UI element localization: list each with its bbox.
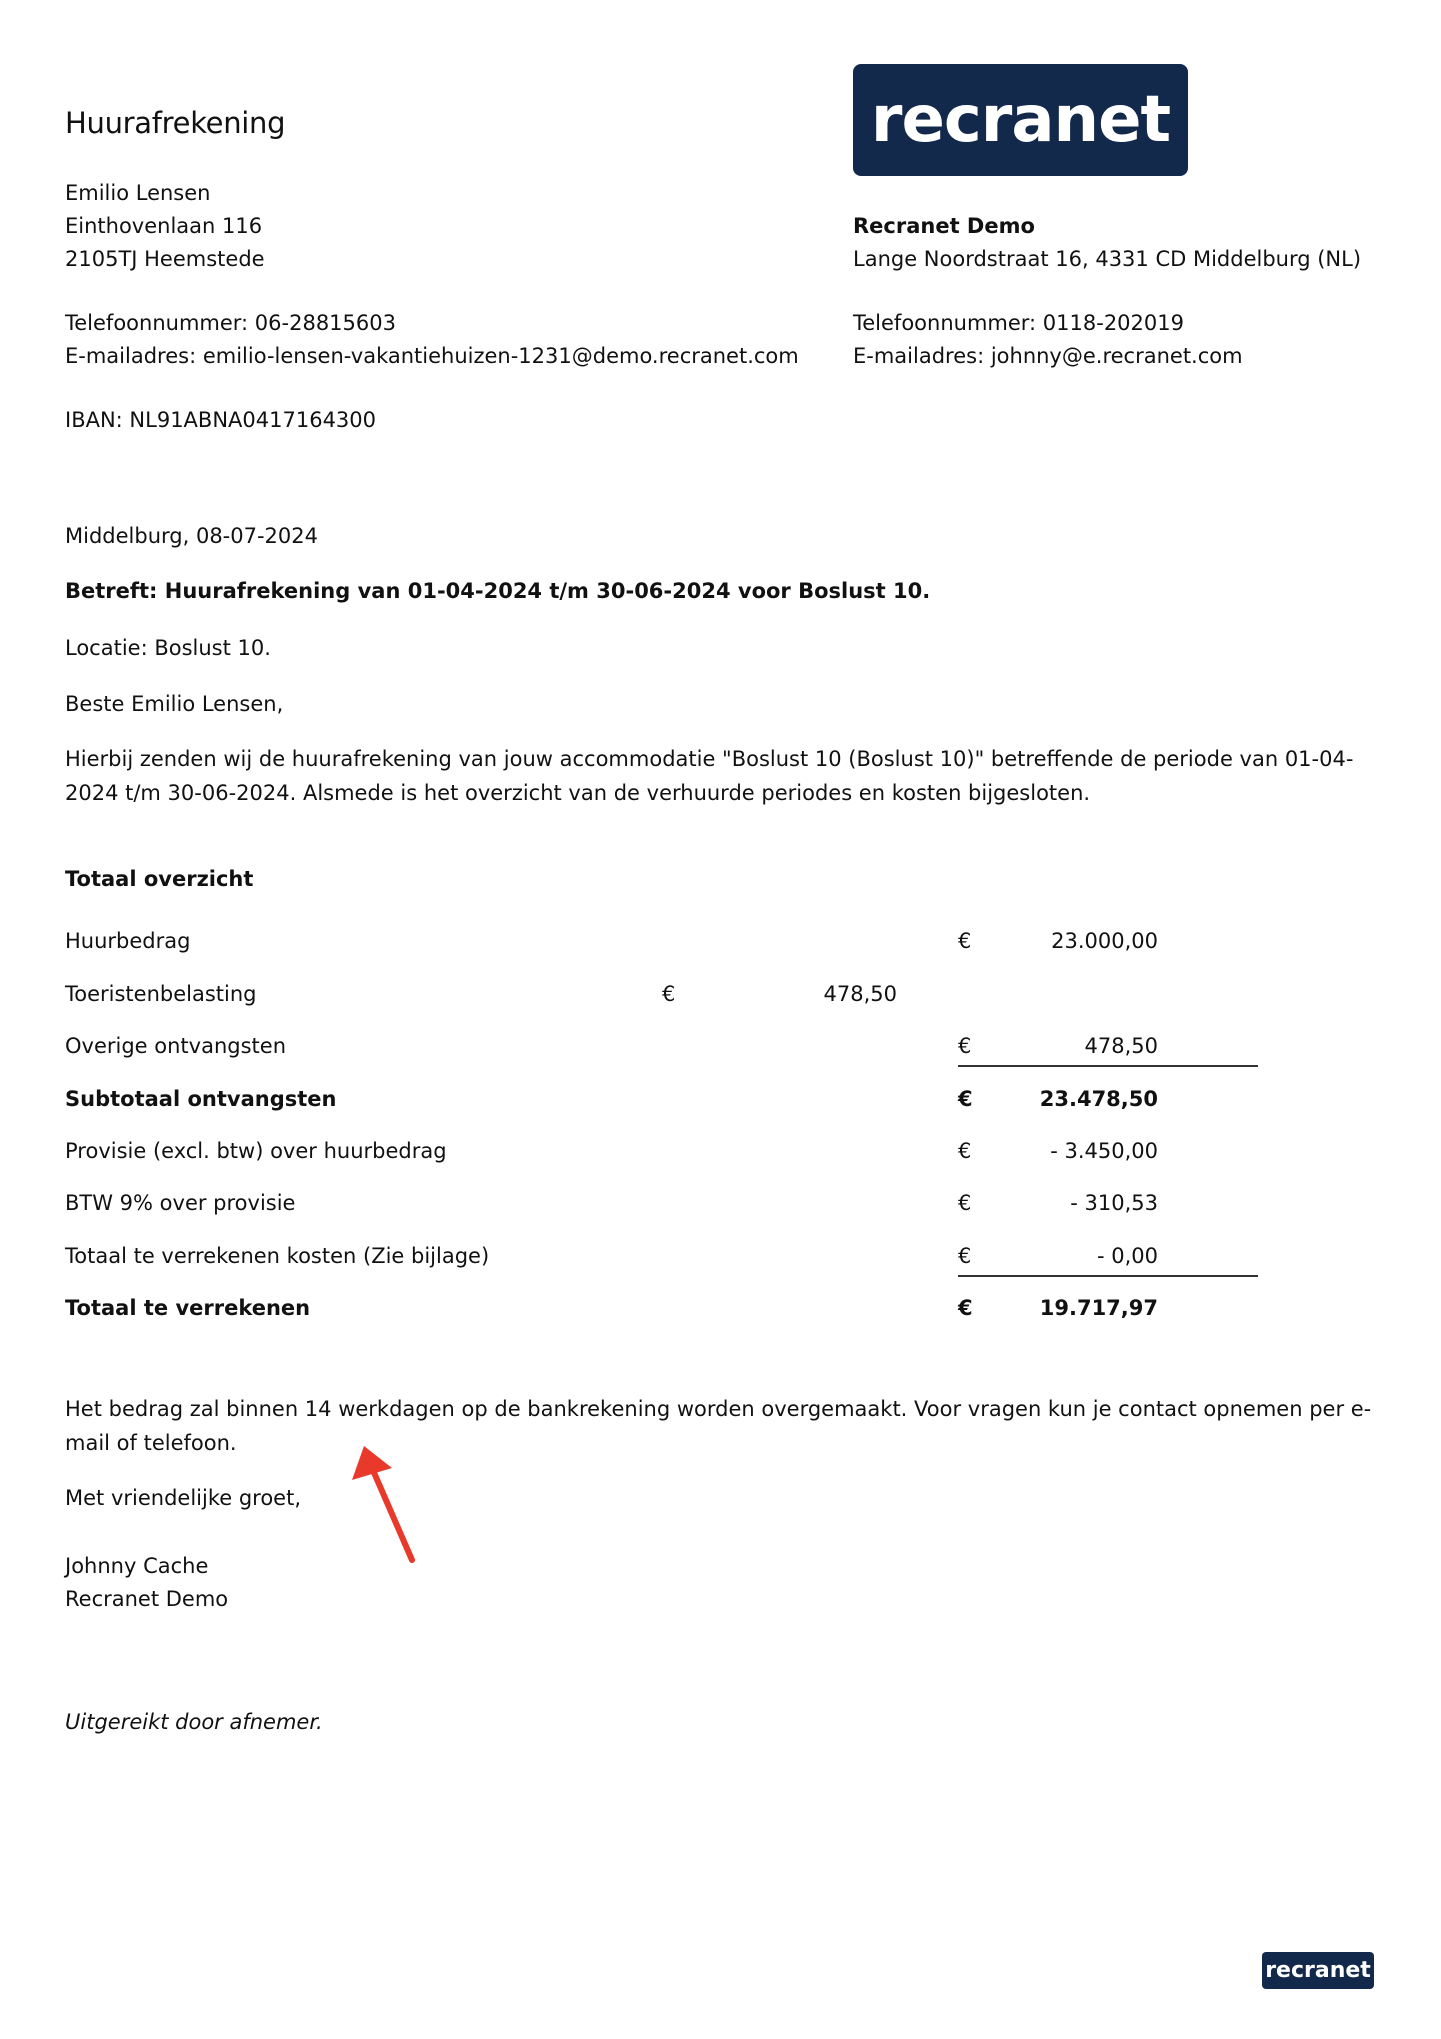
- amount: 19.717,97: [965, 1291, 1158, 1325]
- row-label: Huurbedrag: [65, 924, 190, 958]
- sender-company: Recranet Demo: [853, 209, 1035, 243]
- amount: - 310,53: [965, 1186, 1158, 1220]
- footer-logo-text: recranet: [1265, 1958, 1371, 1983]
- red-arrow-annotation-icon: [350, 1438, 430, 1568]
- sub-amount: 478,50: [705, 977, 897, 1011]
- amount: 23.000,00: [965, 924, 1158, 958]
- signer-company: Recranet Demo: [65, 1582, 228, 1616]
- row-label: Overige ontvangsten: [65, 1029, 286, 1063]
- logo-text: recranet: [871, 83, 1170, 157]
- place-date: Middelburg, 08-07-2024: [65, 519, 318, 553]
- overview-row: Totaal te verrekenen kosten (Zie bijlage…: [65, 1239, 1265, 1273]
- overview-heading: Totaal overzicht: [65, 862, 253, 896]
- document-title: Huurafrekening: [65, 106, 285, 140]
- arrow-shaft: [372, 1468, 412, 1560]
- row-label: Totaal te verrekenen kosten (Zie bijlage…: [65, 1239, 489, 1273]
- row-label: Totaal te verrekenen: [65, 1291, 310, 1325]
- greeting: Beste Emilio Lensen,: [65, 687, 283, 721]
- overview-row: Provisie (excl. btw) over huurbedrag€- 3…: [65, 1134, 1265, 1168]
- closing: Met vriendelijke groet,: [65, 1481, 301, 1515]
- sum-divider: [958, 1275, 1258, 1277]
- subject-line: Betreft: Huurafrekening van 01-04-2024 t…: [65, 574, 930, 608]
- sender-phone: Telefoonnummer: 0118-202019: [853, 306, 1184, 340]
- intro-paragraph: Hierbij zenden wij de huurafrekening van…: [65, 742, 1375, 810]
- overview-row: Subtotaal ontvangsten€23.478,50: [65, 1082, 1265, 1116]
- overview-row: Overige ontvangsten€478,50: [65, 1029, 1265, 1063]
- sum-divider: [958, 1065, 1258, 1067]
- amount: 23.478,50: [965, 1082, 1158, 1116]
- sender-address: Lange Noordstraat 16, 4331 CD Middelburg…: [853, 242, 1361, 276]
- overview-row: Toeristenbelasting€478,50: [65, 977, 1265, 1011]
- overview-row: Totaal te verrekenen€19.717,97: [65, 1291, 1265, 1325]
- recipient-email: E-mailadres: emilio-lensen-vakantiehuize…: [65, 339, 799, 373]
- sender-email: E-mailadres: johnny@e.recranet.com: [853, 339, 1243, 373]
- recipient-name: Emilio Lensen: [65, 176, 210, 210]
- amount: - 3.450,00: [965, 1134, 1158, 1168]
- recranet-footer-logo: recranet: [1262, 1952, 1374, 1989]
- recipient-street: Einthovenlaan 116: [65, 209, 262, 243]
- row-label: Provisie (excl. btw) over huurbedrag: [65, 1134, 447, 1168]
- recipient-iban: IBAN: NL91ABNA0417164300: [65, 403, 376, 437]
- recipient-phone: Telefoonnummer: 06-28815603: [65, 306, 396, 340]
- overview-row: Huurbedrag€23.000,00: [65, 924, 1265, 958]
- sub-currency-symbol: €: [662, 977, 675, 1011]
- row-label: Subtotaal ontvangsten: [65, 1082, 336, 1116]
- row-label: BTW 9% over provisie: [65, 1186, 295, 1220]
- signer-name: Johnny Cache: [65, 1549, 208, 1583]
- amount: 478,50: [965, 1029, 1158, 1063]
- row-label: Toeristenbelasting: [65, 977, 257, 1011]
- recranet-logo: recranet: [853, 64, 1188, 176]
- amount: - 0,00: [965, 1239, 1158, 1273]
- recipient-city: 2105TJ Heemstede: [65, 242, 265, 276]
- issued-by-note: Uitgereikt door afnemer.: [65, 1705, 323, 1739]
- location-line: Locatie: Boslust 10.: [65, 631, 271, 665]
- payment-note: Het bedrag zal binnen 14 werkdagen op de…: [65, 1392, 1375, 1460]
- overview-row: BTW 9% over provisie€- 310,53: [65, 1186, 1265, 1220]
